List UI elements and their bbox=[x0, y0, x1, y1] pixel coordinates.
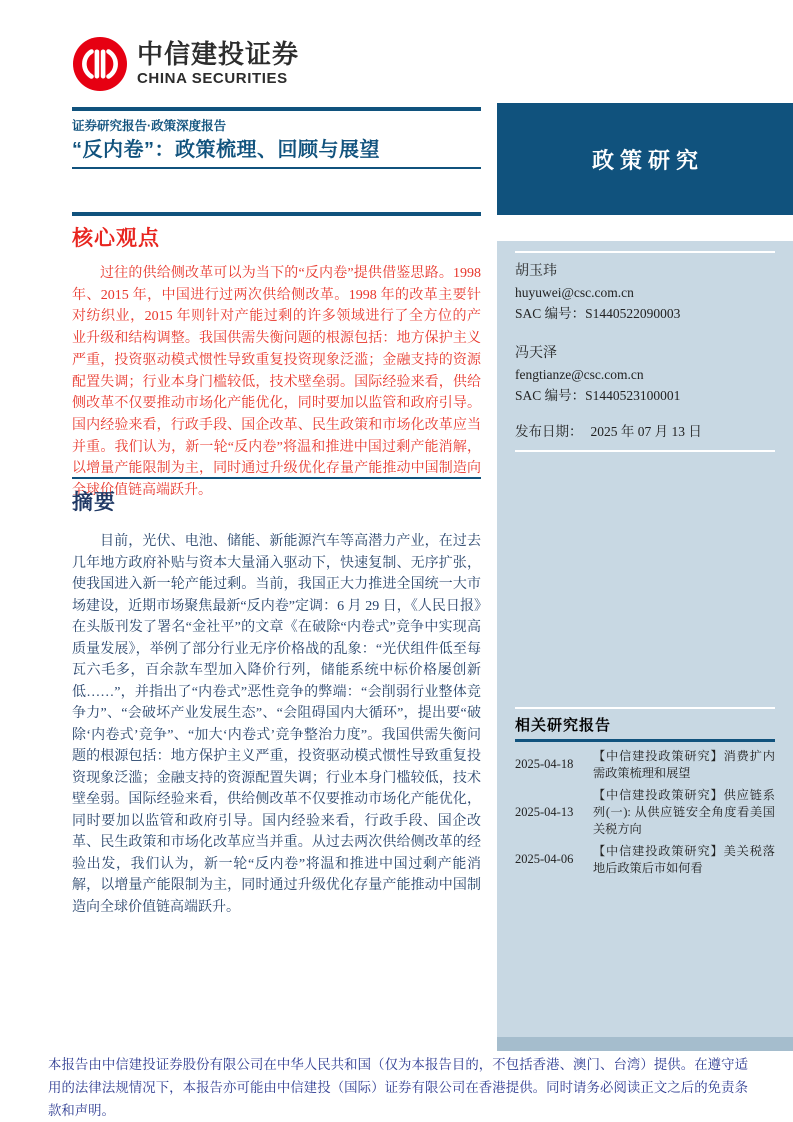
related-heading-underline bbox=[515, 739, 775, 742]
publish-date-row: 发布日期：2025 年 07 月 13 日 bbox=[515, 420, 775, 440]
related-report-row: 2025-04-06 【中信建投政策研究】美关税落地后政策后市如何看 bbox=[515, 843, 775, 877]
abstract-paragraph: 目前，光伏、电池、储能、新能源汽车等高潜力产业，在过去几年地方政府补贴与资本大量… bbox=[72, 531, 481, 918]
analyst-card: 胡玉玮 huyuwei@csc.com.cn SAC 编号：S144052209… bbox=[515, 261, 775, 324]
sidebar-separator-top bbox=[515, 251, 775, 253]
report-date: 2025-04-06 bbox=[515, 852, 583, 867]
citic-csc-logo-icon bbox=[72, 36, 128, 92]
category-box: 政策研究 bbox=[497, 103, 793, 215]
report-type-label: 证券研究报告·政策深度报告 bbox=[72, 116, 226, 134]
report-link[interactable]: 【中信建投政策研究】供应链系列(一): 从供应链安全角度看美国关税方向 bbox=[593, 787, 775, 838]
analyst-email-link[interactable]: fengtianze@csc.com.cn bbox=[515, 364, 775, 385]
analyst-sac-number: SAC 编号：S1440522090003 bbox=[515, 303, 775, 324]
analyst-email-link[interactable]: huyuwei@csc.com.cn bbox=[515, 282, 775, 303]
report-title: “反内卷”：政策梳理、回顾与展望 bbox=[72, 133, 380, 162]
brand-name-cn: 中信建投证券 bbox=[137, 41, 299, 68]
sidebar-bottom-band bbox=[497, 1037, 793, 1051]
analyst-sac-number: SAC 编号：S1440523100001 bbox=[515, 385, 775, 406]
publish-date-value: 2025 年 07 月 13 日 bbox=[591, 424, 702, 439]
analyst-name: 冯天泽 bbox=[515, 343, 775, 364]
category-label: 政策研究 bbox=[586, 144, 704, 175]
report-link[interactable]: 【中信建投政策研究】美关税落地后政策后市如何看 bbox=[593, 843, 775, 877]
report-page: 中信建投证券 CHINA SECURITIES 证券研究报告·政策深度报告 “反… bbox=[0, 0, 793, 1122]
analyst-card: 冯天泽 fengtianze@csc.com.cn SAC 编号：S144052… bbox=[515, 343, 775, 406]
report-date: 2025-04-13 bbox=[515, 805, 583, 820]
core-view-paragraph: 过往的供给侧改革可以为当下的“反内卷”提供借鉴思路。1998 年、2015 年，… bbox=[72, 263, 481, 502]
sidebar-separator bbox=[515, 450, 775, 452]
core-view-heading: 核心观点 bbox=[72, 222, 160, 252]
brand-header: 中信建投证券 CHINA SECURITIES bbox=[72, 36, 299, 92]
report-date: 2025-04-18 bbox=[515, 757, 583, 772]
related-report-list: 2025-04-18 【中信建投政策研究】消费扩内需政策梳理和展望 2025-0… bbox=[515, 748, 775, 877]
related-report-row: 2025-04-18 【中信建投政策研究】消费扩内需政策梳理和展望 bbox=[515, 748, 775, 782]
publish-date-label: 发布日期： bbox=[515, 424, 583, 439]
related-report-row: 2025-04-13 【中信建投政策研究】供应链系列(一): 从供应链安全角度看… bbox=[515, 787, 775, 838]
brand-text: 中信建投证券 CHINA SECURITIES bbox=[137, 41, 299, 86]
related-reports-heading: 相关研究报告 bbox=[515, 714, 775, 735]
report-link[interactable]: 【中信建投政策研究】消费扩内需政策梳理和展望 bbox=[593, 748, 775, 782]
brand-name-en: CHINA SECURITIES bbox=[137, 71, 299, 87]
analyst-sidebar: 胡玉玮 huyuwei@csc.com.cn SAC 编号：S144052209… bbox=[497, 241, 793, 1037]
abstract-divider bbox=[72, 477, 481, 479]
related-separator-top bbox=[515, 707, 775, 709]
analyst-name: 胡玉玮 bbox=[515, 261, 775, 282]
core-view-divider bbox=[72, 212, 481, 216]
header-divider bbox=[72, 107, 481, 111]
abstract-heading: 摘要 bbox=[72, 486, 116, 516]
footer-disclaimer: 本报告由中信建投证券股份有限公司在中华人民共和国（仅为本报告目的，不包括香港、澳… bbox=[48, 1053, 748, 1122]
title-underline bbox=[72, 167, 481, 169]
